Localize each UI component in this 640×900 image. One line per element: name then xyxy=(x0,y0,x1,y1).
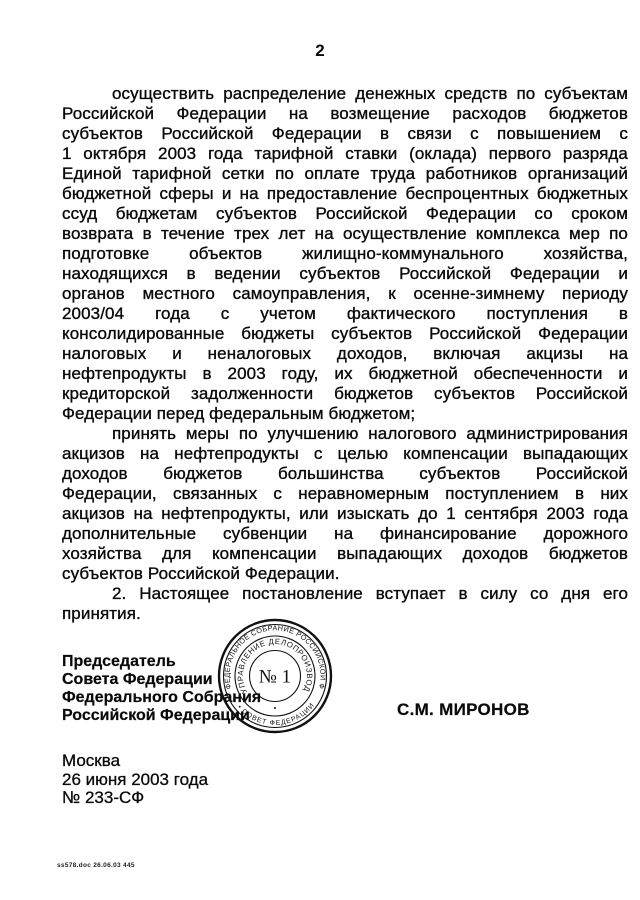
text-line: налоговых и неналоговых доходов, включая… xyxy=(62,344,628,364)
paragraph: осуществить распределение денежных средс… xyxy=(62,84,628,424)
body-text: осуществить распределение денежных средс… xyxy=(62,84,628,624)
stamp-inner-dot: • xyxy=(274,706,277,713)
official-round-stamp: ФЕДЕРАЛЬНОЕ СОБРАНИЕ РОССИЙСКОЙ ФЕДЕРАЦИ… xyxy=(215,616,335,736)
text-line: принять меры по улучшению налогового адм… xyxy=(62,424,628,444)
text-line: ссуд бюджетам субъектов Российской Федер… xyxy=(62,204,628,224)
document-page: 2 осуществить распределение денежных сре… xyxy=(0,0,640,900)
text-line: Единой тарифной сетки по оплате труда ра… xyxy=(62,164,628,184)
issue-date: 26 июня 2003 года xyxy=(62,771,208,790)
text-line: акцизов на нефтепродукты, или изыскать д… xyxy=(62,504,628,524)
text-line: субъектов Российской Федерации в связи с… xyxy=(62,124,628,144)
text-line: консолидированные бюджеты субъектов Росс… xyxy=(62,324,628,344)
text-line: Российской Федерации на возмещение расхо… xyxy=(62,104,628,124)
footer-file-note: ss578.doc 26.06.03 445 xyxy=(57,862,135,869)
paragraph: принять меры по улучшению налогового адм… xyxy=(62,424,628,584)
stamp-center-number: № 1 xyxy=(259,667,291,688)
text-line: доходов бюджетов большинства субъектов Р… xyxy=(62,464,628,484)
text-line: хозяйства для компенсации выпадающих дох… xyxy=(62,544,628,564)
text-line: принятия. xyxy=(62,604,628,624)
issue-doc-number: № 233-СФ xyxy=(62,789,208,808)
text-line: субъектов Российской Федерации. xyxy=(62,564,628,584)
text-line: дополнительные субвенции на финансирован… xyxy=(62,524,628,544)
text-line: Федерации перед федеральным бюджетом; xyxy=(62,404,628,424)
issue-place: Москва xyxy=(62,752,208,771)
text-line: бюджетной сферы и на предоставление бесп… xyxy=(62,184,628,204)
page-number: 2 xyxy=(0,41,640,61)
text-line: кредиторской задолженности бюджетов субъ… xyxy=(62,384,628,404)
text-line: осуществить распределение денежных средс… xyxy=(62,84,628,104)
text-line: органов местного самоуправления, к осенн… xyxy=(62,284,628,304)
signer-name: С.М. МИРОНОВ xyxy=(397,700,530,720)
text-line: 2. Настоящее постановление вступает в си… xyxy=(62,584,628,604)
text-line: 1 октября 2003 года тарифной ставки (окл… xyxy=(62,144,628,164)
paragraph: 2. Настоящее постановление вступает в си… xyxy=(62,584,628,624)
text-line: 2003/04 года с учетом фактического посту… xyxy=(62,304,628,324)
text-line: акцизов на нефтепродукты с целью компенс… xyxy=(62,444,628,464)
stamp-seal-icon: ФЕДЕРАЛЬНОЕ СОБРАНИЕ РОССИЙСКОЙ ФЕДЕРАЦИ… xyxy=(215,616,335,736)
text-line: подготовке объектов жилищно-коммунальног… xyxy=(62,244,628,264)
text-line: находящихся в ведении субъектов Российск… xyxy=(62,264,628,284)
issue-block: Москва 26 июня 2003 года № 233-СФ xyxy=(62,752,208,808)
text-line: нефтепродукты в 2003 году, их бюджетной … xyxy=(62,364,628,384)
text-line: возврата в течение трех лет на осуществл… xyxy=(62,224,628,244)
text-line: Федерации, связанных с неравномерным пос… xyxy=(62,484,628,504)
